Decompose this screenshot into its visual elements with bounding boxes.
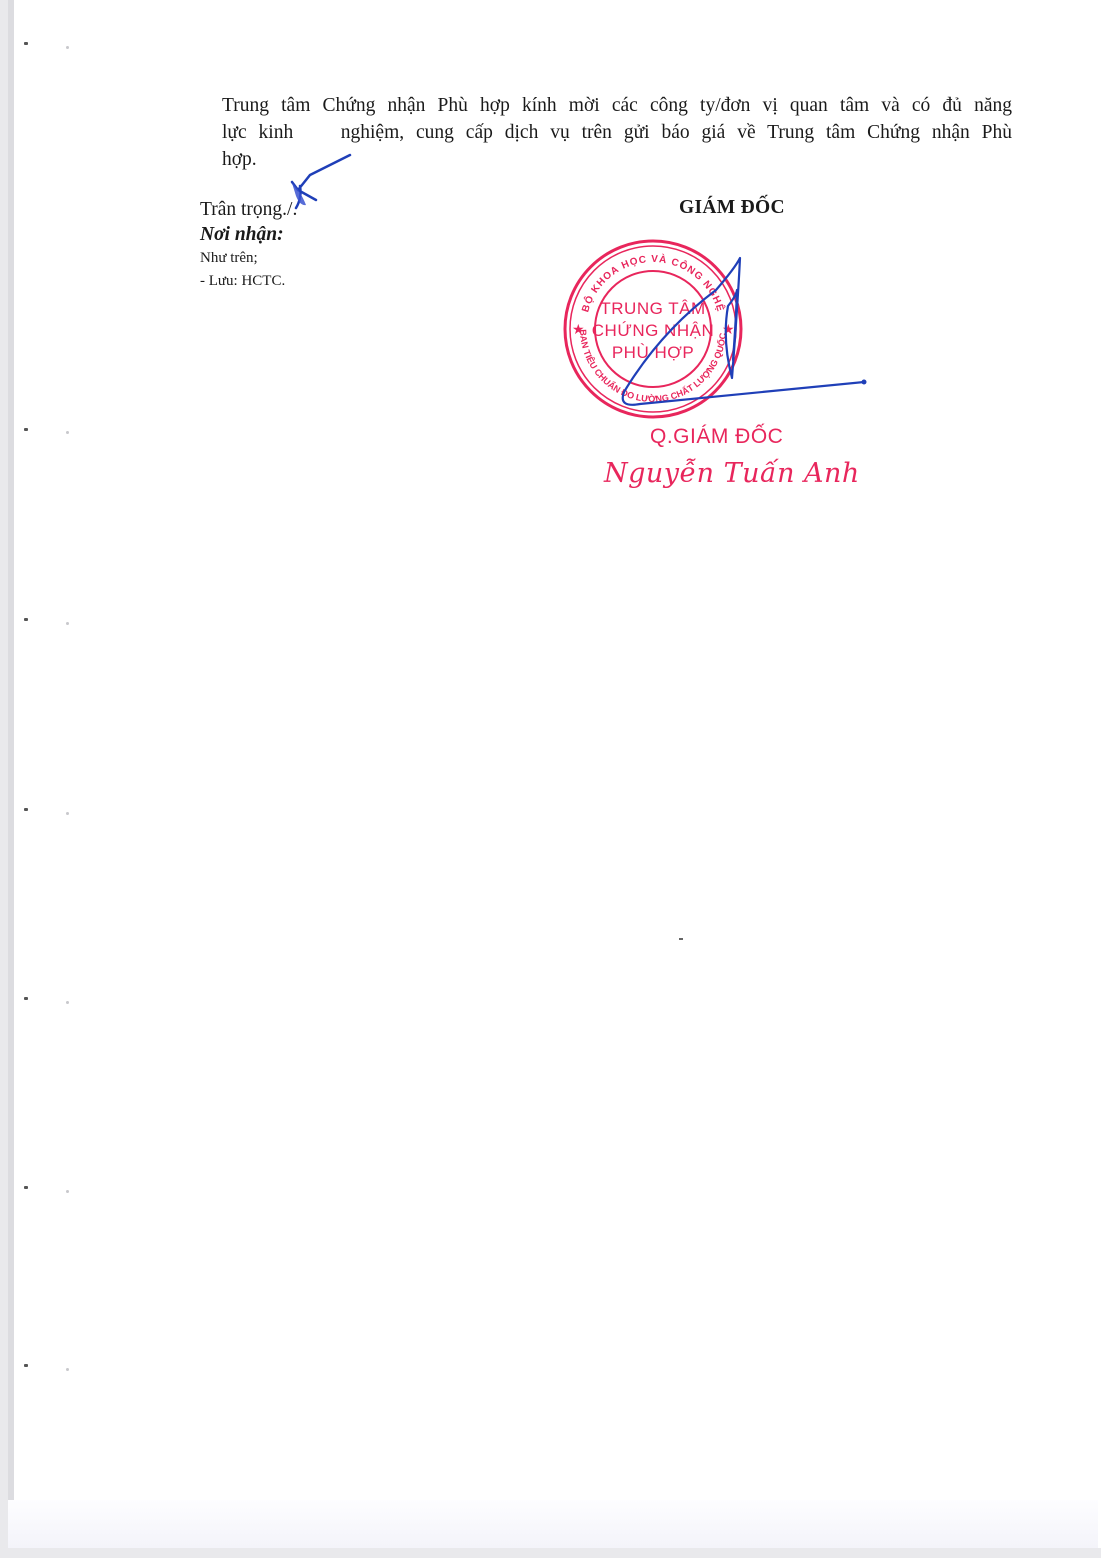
star-icon: ★: [572, 322, 585, 338]
svg-text:TRUNG TÂM: TRUNG TÂM: [600, 299, 705, 318]
body-paragraph: Trung tâm Chứng nhận Phù hợp kính mời cá…: [222, 92, 1012, 173]
closing-text: Trân trọng./.: [200, 199, 297, 221]
official-stamp: BỘ KHOA HỌC VÀ CÔNG NGHỆ ỦY BAN TIÊU CHU…: [560, 236, 746, 422]
director-title: GIÁM ĐỐC: [679, 197, 785, 219]
punch-mark: [24, 1186, 28, 1189]
deputy-director-title: Q.GIÁM ĐỐC: [650, 425, 783, 449]
signer-name: Nguyễn Tuấn Anh: [604, 458, 860, 489]
punch-mark: [66, 622, 69, 625]
body-line: hợp.: [222, 146, 1012, 173]
punch-mark: [24, 1364, 28, 1367]
body-line: Trung tâm Chứng nhận Phù hợp kính mời cá…: [222, 92, 1012, 119]
recipients-title: Nơi nhận:: [200, 224, 284, 246]
document-page: [8, 0, 1101, 1548]
body-line: lực kinh nghiệm, cung cấp dịch vụ trên g…: [222, 119, 1012, 146]
punch-mark: [24, 42, 28, 45]
svg-text:CHỨNG NHẬN: CHỨNG NHẬN: [592, 321, 714, 340]
punch-mark: [24, 997, 28, 1000]
punch-mark: [66, 1190, 69, 1193]
svg-text:PHÙ HỢP: PHÙ HỢP: [612, 343, 694, 362]
punch-mark: [66, 1001, 69, 1004]
star-icon: ★: [722, 322, 735, 338]
punch-mark: [24, 618, 28, 621]
recipient-item: Như trên;: [200, 250, 258, 267]
punch-mark: [66, 1368, 69, 1371]
punch-mark: [66, 431, 69, 434]
scan-speck: [679, 938, 683, 940]
punch-mark: [66, 46, 69, 49]
punch-mark: [24, 428, 28, 431]
recipient-item: - Lưu: HCTC.: [200, 273, 285, 290]
punch-mark: [66, 812, 69, 815]
page-bottom-shadow: [8, 1500, 1098, 1548]
punch-mark: [24, 808, 28, 811]
